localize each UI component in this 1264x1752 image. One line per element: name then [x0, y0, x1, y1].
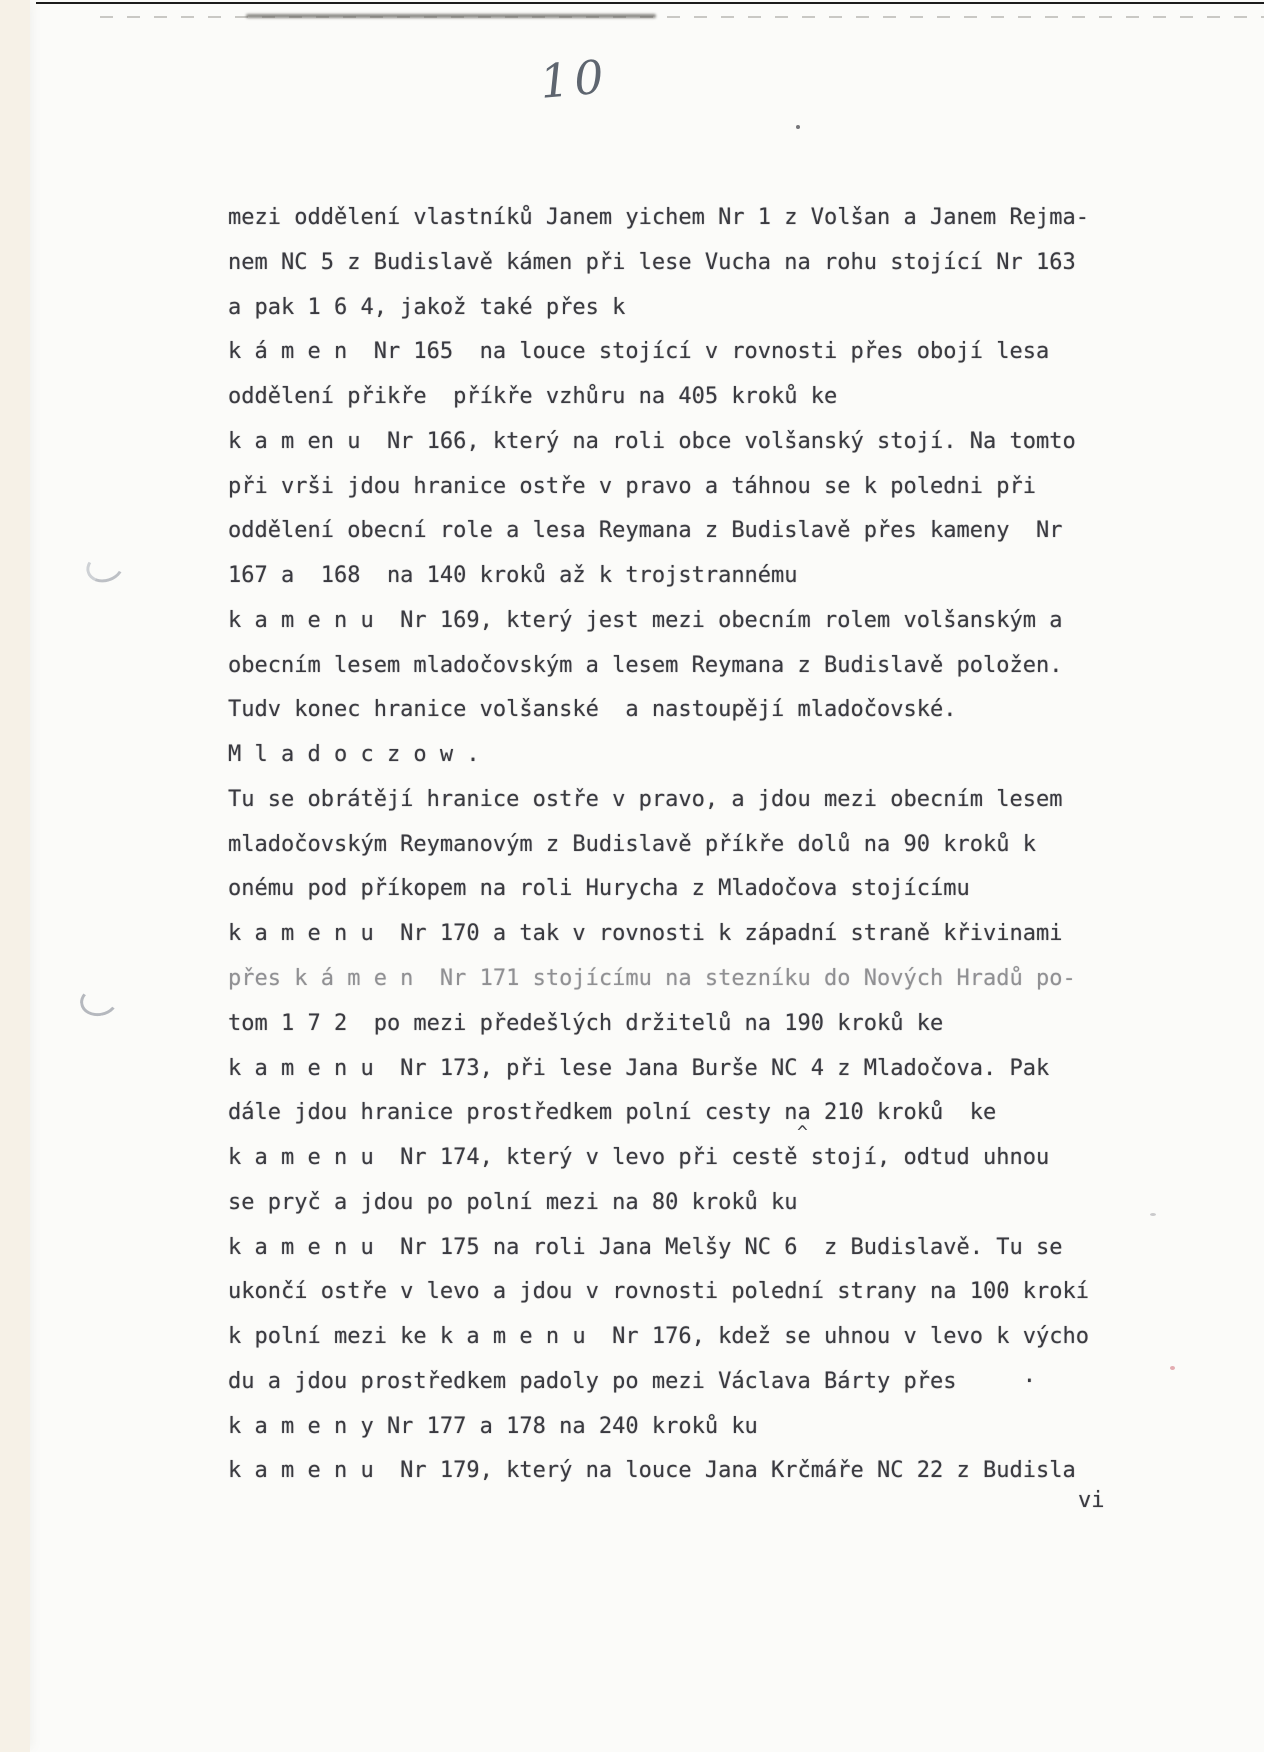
text-line: Tudv konec hranice volšanské a nastoupěj…	[228, 688, 1248, 733]
text-line: oddělení přikře příkře vzhůru na 405 kro…	[228, 375, 1248, 420]
text-line: Tu se obrátějí hranice ostře v pravo, a …	[228, 778, 1248, 823]
text-line: přes k á m e n Nr 171 stojícímu na stezn…	[228, 957, 1248, 1002]
text-line: nem NC 5 z Budislavě kámen při lese Vuch…	[228, 241, 1248, 286]
rule-line-smudge	[246, 14, 656, 18]
text-line: a pak 1 6 4, jakož také přes k	[228, 286, 1248, 331]
text-line: 167 a 168 na 140 kroků až k trojstranném…	[228, 554, 1248, 599]
text-line: k a m e n u Nr 175 na roli Jana Melšy NC…	[228, 1226, 1248, 1271]
ink-speck	[796, 125, 800, 129]
text-line: dále jdou hranice prostředkem polní cest…	[228, 1091, 1248, 1136]
hole-punch-mark	[82, 547, 127, 587]
text-line: mladočovským Reymanovým z Budislavě přík…	[228, 823, 1248, 868]
text-line: k polní mezi ke k a m e n u Nr 176, kdež…	[228, 1315, 1248, 1360]
text-line: obecním lesem mladočovským a lesem Reyma…	[228, 644, 1248, 689]
text-line: k a m e n u Nr 174, který v levo při ces…	[228, 1136, 1248, 1181]
continuation-text: vi	[1078, 1488, 1105, 1513]
handwritten-page-number: 10	[538, 53, 610, 105]
text-line: oddělení obecní role a lesa Reymana z Bu…	[228, 509, 1248, 554]
typewritten-text-block: mezi oddělení vlastníků Janem yichem Nr …	[228, 196, 1248, 1494]
text-line: k a m e n u Nr 170 a tak v rovnosti k zá…	[228, 912, 1248, 957]
text-line: du a jdou prostředkem padoly po mezi Vác…	[228, 1360, 1248, 1405]
text-line: M l a d o c z o w .	[228, 733, 1248, 778]
scan-speck	[1170, 1366, 1175, 1370]
hole-punch-mark	[78, 983, 121, 1019]
text-line: tom 1 7 2 po mezi předešlých držitelů na…	[228, 1002, 1248, 1047]
page-left-margin	[0, 0, 30, 1752]
scan-top-edge-line	[36, 2, 1264, 4]
scan-speck	[1150, 1213, 1156, 1216]
text-line: k a m en u Nr 166, který na roli obce vo…	[228, 420, 1248, 465]
caret-insertion-mark: ^	[797, 1122, 808, 1143]
text-line: k á m e n Nr 165 na louce stojící v rovn…	[228, 330, 1248, 375]
text-line: ukončí ostře v levo a jdou v rovnosti po…	[228, 1270, 1248, 1315]
text-line: k a m e n u Nr 169, který jest mezi obec…	[228, 599, 1248, 644]
text-line: k a m e n y Nr 177 a 178 na 240 kroků ku	[228, 1405, 1248, 1450]
text-line: onému pod příkopem na roli Hurycha z Mla…	[228, 867, 1248, 912]
text-line: mezi oddělení vlastníků Janem yichem Nr …	[228, 196, 1248, 241]
text-line: při vrši jdou hranice ostře v pravo a tá…	[228, 465, 1248, 510]
text-line: se pryč a jdou po polní mezi na 80 kroků…	[228, 1181, 1248, 1226]
text-line: k a m e n u Nr 173, při lese Jana Burše …	[228, 1047, 1248, 1092]
scanned-document-page: 10 mezi oddělení vlastníků Janem yichem …	[0, 0, 1264, 1752]
